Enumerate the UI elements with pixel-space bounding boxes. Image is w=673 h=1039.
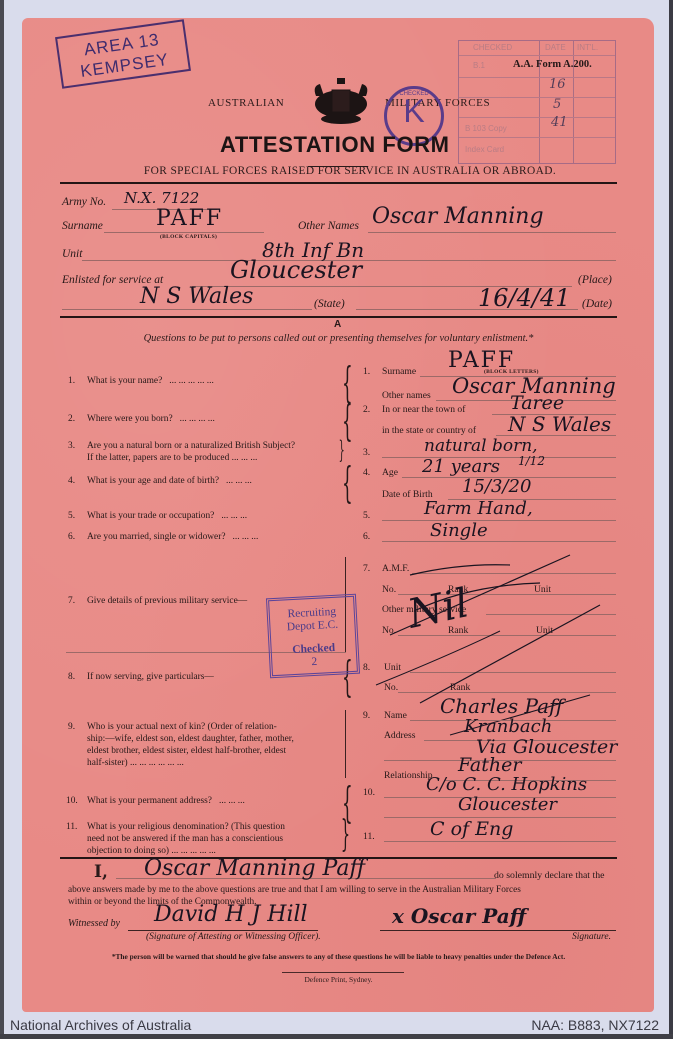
army-no-label: Army No. [62, 196, 106, 208]
a4-age-value: 21 years [422, 456, 500, 477]
q9-bracket [345, 710, 346, 778]
q8-number: 8. [68, 672, 75, 682]
unit-label: Unit [62, 248, 82, 260]
q6-text: Are you married, single or widower? ... … [87, 531, 258, 543]
a5-number: 5. [363, 510, 370, 521]
a2-town-value: Taree [510, 392, 564, 414]
enlistment-date-value: 16/4/41 [478, 284, 571, 312]
nil-strikethrough-scribble [370, 555, 610, 705]
surname-value: PAFF [156, 206, 223, 231]
coat-of-arms-icon [310, 78, 372, 126]
other-names-label: Other Names [298, 220, 359, 232]
a9-address-label: Address [384, 730, 415, 741]
declaration-text2: above answers made by me to the above qu… [68, 884, 620, 896]
q7-number: 7. [68, 596, 75, 606]
a1-number: 1. [363, 366, 370, 377]
section-a-intro: Questions to be put to persons called ou… [60, 333, 617, 344]
grid-date-month: 5 [553, 97, 561, 112]
a6-value: Single [430, 520, 488, 541]
q3-text: Are you a natural born or a naturalized … [87, 440, 295, 464]
a4-age-label: Age [382, 467, 398, 478]
q9-number: 9. [68, 722, 75, 732]
declaration-text1: do solemnly declare that the [494, 870, 604, 882]
q10-number: 10. [66, 796, 78, 806]
q8-text: If now serving, give particulars— [87, 671, 214, 683]
a2-state-label: in the state or country of [382, 425, 476, 436]
surname-note: (BLOCK CAPITALS) [160, 234, 217, 240]
place-suffix: (Place) [578, 274, 612, 286]
signature-line [380, 930, 616, 931]
q4-number: 4. [68, 476, 75, 486]
archive-name: National Archives of Australia [10, 1017, 191, 1033]
q7-text: Give details of previous military servic… [87, 595, 247, 607]
scan-bottom-border [0, 1034, 673, 1039]
a6-number: 6. [363, 531, 370, 542]
q9-text: Who is your actual next of kin? (Order o… [87, 721, 339, 769]
grid-row-b103: B 103 Copy [465, 124, 507, 133]
q3-number: 3. [68, 441, 75, 451]
a9-relationship-value: Father [458, 754, 521, 776]
enlisted-place-value: Gloucester [230, 256, 362, 284]
a3-value: natural born, [424, 436, 538, 456]
a1-other-label: Other names [382, 390, 431, 401]
q6-number: 6. [68, 532, 75, 542]
printer-imprint: Defence Print, Sydney. [60, 975, 617, 984]
witness-line [128, 930, 318, 931]
q11-number: 11. [66, 822, 77, 832]
q5-number: 5. [68, 511, 75, 521]
a4-dob-value: 15/3/20 [462, 476, 531, 497]
a2-number: 2. [363, 404, 370, 415]
false-answers-warning: *The person will be warned that should h… [60, 952, 617, 962]
a9-name-label: Name [384, 710, 407, 721]
a5-value: Farm Hand, [424, 498, 533, 519]
witness-signature: David H J Hill [154, 902, 308, 927]
form-title: ATTESTATION FORM [220, 132, 450, 158]
q11-brace: } [341, 814, 350, 855]
q1-text: What is your name? ... ... ... ... ... [87, 375, 214, 387]
q5-text: What is your trade or occupation? ... ..… [87, 510, 247, 522]
a11-line [384, 841, 616, 842]
archive-reference: NAA: B883, NX7122 [531, 1017, 659, 1033]
a5-line [382, 520, 616, 521]
a2-town-label: In or near the town of [382, 404, 465, 415]
q10-text: What is your permanent address? ... ... … [87, 795, 245, 807]
declaration-name-value: Oscar Manning Paff [144, 856, 365, 881]
a9-number: 9. [363, 710, 370, 721]
grid-header-init: INT'L. [577, 43, 598, 52]
a1-surname-label: Surname [382, 366, 416, 377]
recruiting-depot-stamp: Recruiting Depot E.C. Checked 2 [266, 594, 360, 679]
a11-value: C of Eng [430, 818, 513, 840]
a9-name-value: Charles Paff [440, 694, 563, 718]
date-suffix: (Date) [582, 298, 612, 310]
witness-caption: (Signature of Attesting or Witnessing Of… [146, 932, 321, 942]
header-rule [60, 182, 617, 184]
surname-line [104, 232, 264, 233]
grid-date-day: 16 [549, 77, 566, 92]
army-no-value: N.X. 7122 [124, 189, 199, 207]
a11-number: 11. [363, 831, 375, 842]
grid-header-date: DATE [545, 43, 566, 52]
a10-value-line1: C/o C. C. Hopkins [426, 774, 587, 795]
section-a-rule [60, 316, 617, 318]
other-names-value: Oscar Manning [372, 204, 544, 229]
section-a-heading: A [334, 319, 341, 330]
form-subtitle: FOR SPECIAL FORCES RAISED FOR SERVICE IN… [90, 165, 610, 177]
q1-number: 1. [68, 376, 75, 386]
q11-text: What is your religious denomination? (Th… [87, 821, 339, 857]
q4-brace: { [342, 458, 353, 507]
signature-caption: Signature. [572, 932, 611, 942]
a10-number: 10. [363, 787, 375, 798]
a10-value-line2: Gloucester [458, 794, 557, 815]
a9-address-line1: Kranbach [464, 716, 552, 737]
surname-label: Surname [62, 220, 103, 232]
state-suffix: (State) [314, 298, 345, 310]
a6-line [382, 541, 616, 542]
k-stamp-ring-text: CHECKED [387, 91, 441, 97]
enlistee-signature: x Oscar Paff [392, 904, 526, 928]
grid-header-checked: CHECKED [473, 43, 512, 52]
a4-number: 4. [363, 467, 370, 478]
a4-age-fraction: 1/12 [518, 454, 545, 468]
grid-row-index-card: Index Card [465, 145, 504, 154]
a3-number: 3. [363, 447, 370, 458]
scan-left-border [0, 0, 4, 1039]
q2-number: 2. [68, 414, 75, 424]
state-line [62, 309, 312, 310]
declaration-prefix: I, [94, 862, 108, 882]
grid-row-label: B.1 [473, 61, 485, 70]
a2-state-value: N S Wales [508, 412, 611, 436]
printer-rule [282, 972, 404, 973]
state-value: N S Wales [140, 284, 253, 309]
form-number: A.A. Form A.200. [513, 59, 592, 70]
scan-right-border [669, 0, 673, 1039]
witness-label: Witnessed by [68, 918, 120, 929]
other-names-line [368, 232, 616, 233]
header-australian: AUSTRALIAN [208, 97, 284, 109]
q2-text: Where were you born? ... ... ... ... [87, 413, 215, 425]
q4-text: What is your age and date of birth? ... … [87, 475, 252, 487]
grid-date-year: 41 [551, 115, 568, 130]
